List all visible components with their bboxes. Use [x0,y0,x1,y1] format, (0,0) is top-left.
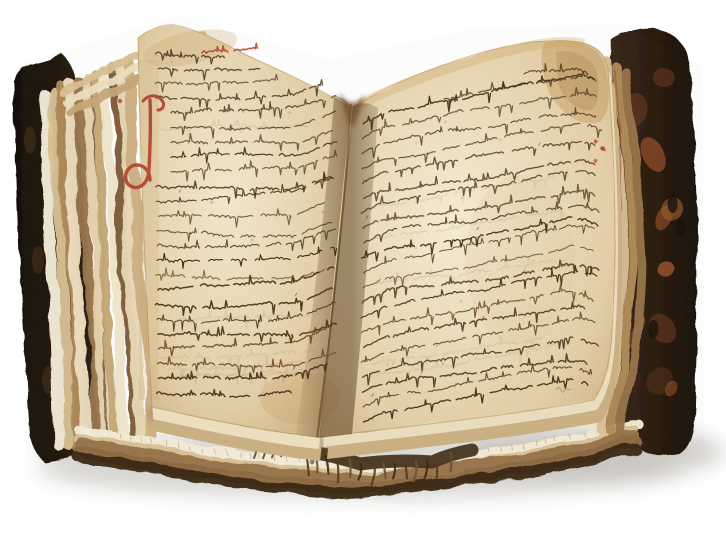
photo-stage: Open medieval manuscript codex with dens… [0,0,726,534]
manuscript-photograph: Open medieval manuscript codex with dens… [0,0,726,534]
manuscript-image [0,0,726,534]
paper-grain-overlay [10,14,716,514]
